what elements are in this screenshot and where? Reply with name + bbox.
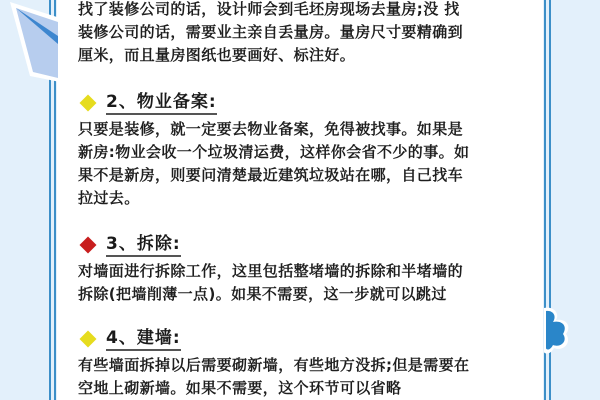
- text-line: 装修公司的话，需要业主亲自丢量房。量房尺寸要精确到: [78, 21, 463, 44]
- yellow-diamond-icon: [80, 95, 97, 112]
- text-line: 有些墙面拆掉以后需要砌新墙，有些地方没拆;但是需要在: [78, 354, 469, 377]
- intro-paragraph: 找了装修公司的话，设计师会到毛坯房现场去量房;没 找 装修公司的话，需要业主亲自…: [78, 0, 463, 67]
- text-line: 厘米，而且量房图纸也要画好、标注好。: [78, 44, 463, 67]
- text-line: 拉过去。: [78, 187, 469, 210]
- yellow-diamond-icon: [80, 331, 97, 348]
- section-body-property-filing: 只要是装修，就一定要去物业备案，免得被找事。如果是 新房:物业会收一个垃圾清运费…: [78, 118, 469, 210]
- section-heading-property-filing: 2、物业备案:: [78, 91, 217, 115]
- text-line: 果不是新房，则要问清楚最近建筑垃圾站在哪，自己找车: [78, 164, 469, 187]
- paper-plane-icon: [0, 0, 60, 84]
- flower-decoration-icon: [540, 306, 574, 356]
- text-line: 新房:物业会收一个垃圾清运费，这样你会省不少的事。如: [78, 141, 469, 164]
- text-line: 找了装修公司的话，设计师会到毛坯房现场去量房;没 找: [78, 0, 463, 21]
- text-line: 空地上砌新墙。如果不需要，这个环节可以省略: [78, 377, 469, 400]
- text-line: 只要是装修，就一定要去物业备案，免得被找事。如果是: [78, 118, 469, 141]
- section-heading-build-wall: 4、建墙:: [78, 327, 181, 351]
- section-heading-demolition: 3、拆除:: [78, 233, 181, 257]
- text-line: 对墙面进行拆除工作，这里包括整堵墙的拆除和半堵墙的: [78, 260, 463, 283]
- section-title: 3、拆除:: [106, 234, 181, 257]
- section-title: 2、物业备案:: [106, 92, 217, 115]
- section-body-demolition: 对墙面进行拆除工作，这里包括整堵墙的拆除和半堵墙的 拆除(把墙削薄一点)。如果不…: [78, 260, 463, 306]
- text-line: 拆除(把墙削薄一点)。如果不需要，这一步就可以跳过: [78, 283, 463, 306]
- red-diamond-icon: [80, 237, 97, 254]
- section-title: 4、建墙:: [106, 328, 181, 351]
- section-body-build-wall: 有些墙面拆掉以后需要砌新墙，有些地方没拆;但是需要在 空地上砌新墙。如果不需要，…: [78, 354, 469, 400]
